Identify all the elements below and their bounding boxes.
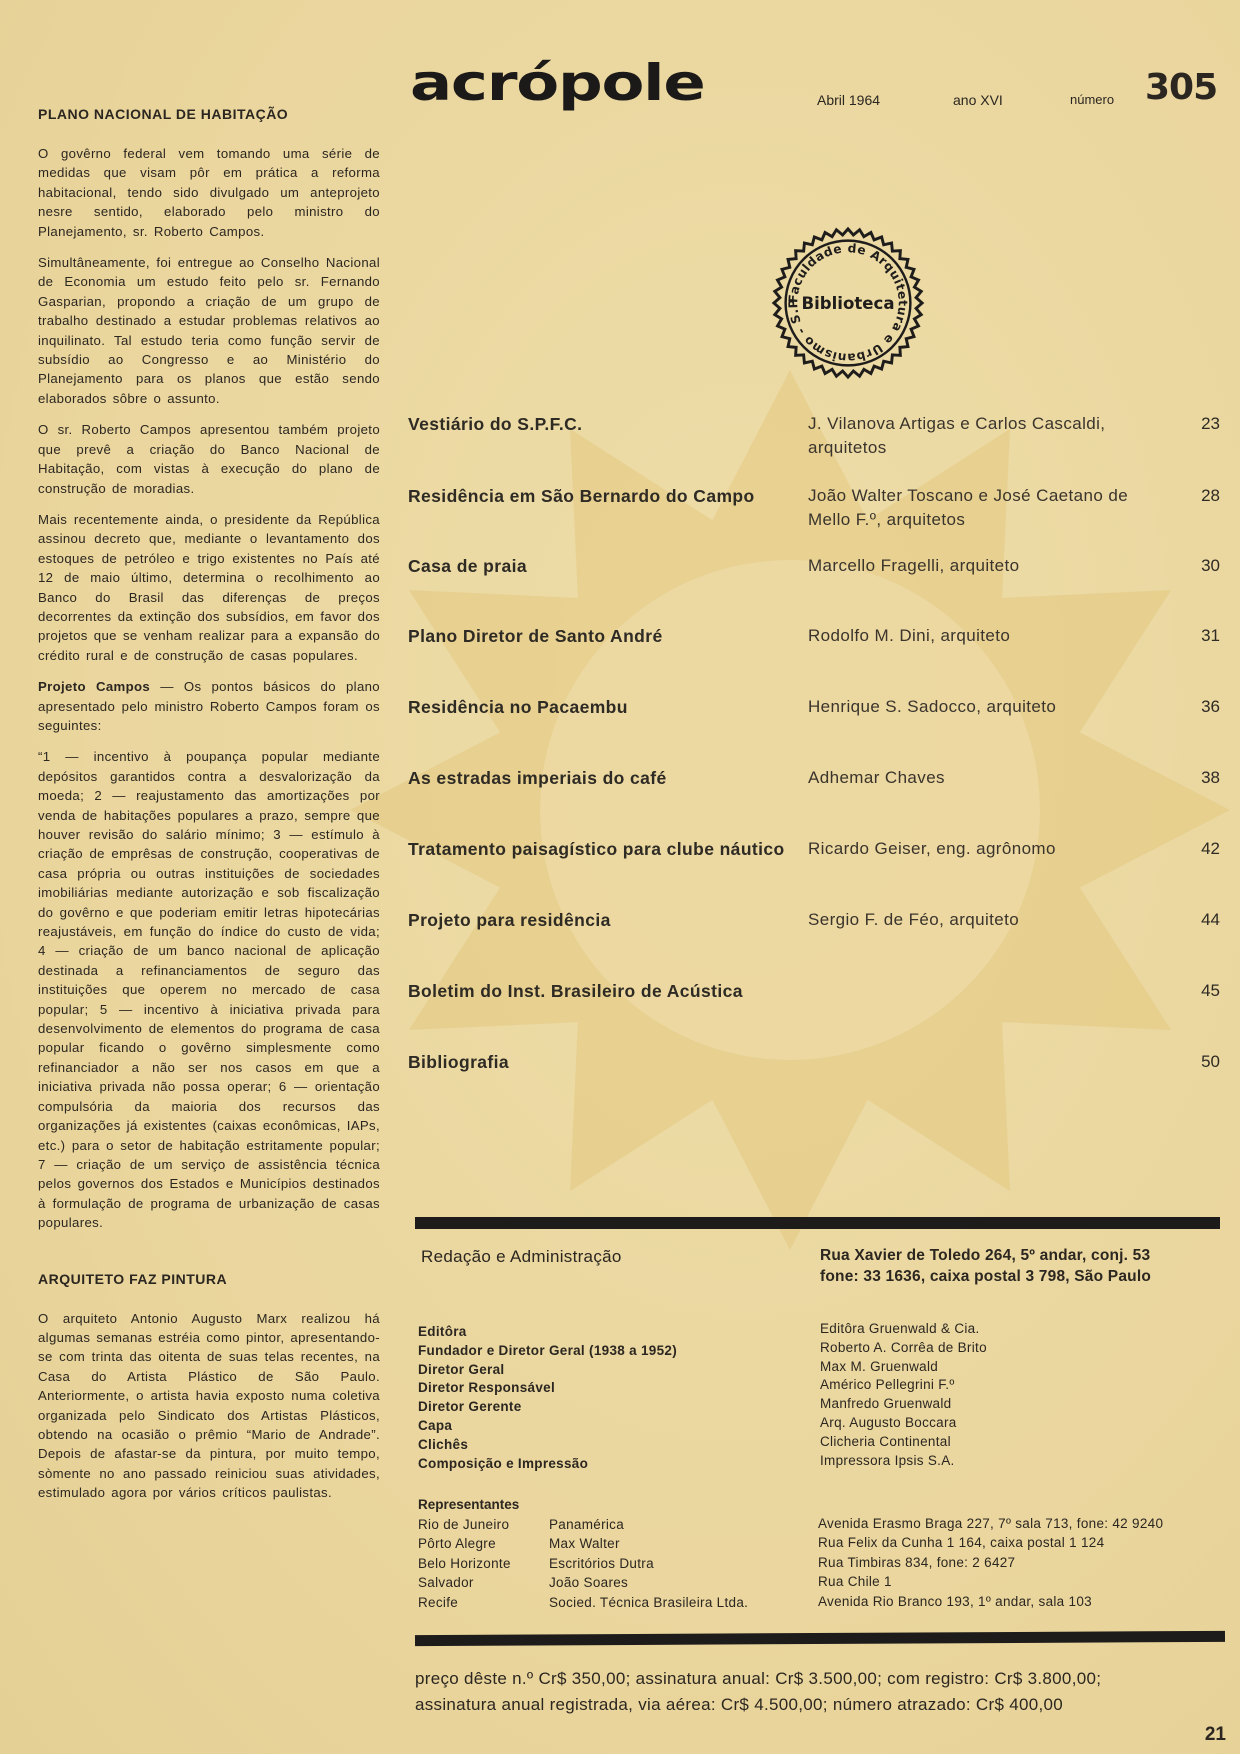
magazine-page: acrópole Abril 1964 ano XVI número 305 F… <box>0 0 1240 1754</box>
staff-name: Editôra Gruenwald & Cia. <box>820 1320 987 1339</box>
address-line: fone: 33 1636, caixa postal 3 798, São P… <box>820 1266 1151 1287</box>
rep-address: Rua Felix da Cunha 1 164, caixa postal 1… <box>818 1533 1163 1552</box>
toc-author: Rodolfo M. Dini, arquiteto <box>808 624 1168 648</box>
issue-year: ano XVI <box>953 92 1003 108</box>
representatives-label: Representantes <box>418 1497 519 1512</box>
staff-name: Max M. Gruenwald <box>820 1358 987 1377</box>
rep-address: Rua Timbiras 834, fone: 2 6427 <box>818 1553 1163 1572</box>
address-line: Rua Xavier de Toledo 264, 5º andar, conj… <box>820 1245 1151 1266</box>
article-paragraph: Simultâneamente, foi entregue ao Conselh… <box>38 253 380 408</box>
representative-row: Belo HorizonteEscritórios Dutra <box>418 1554 748 1573</box>
toc-page-number: 44 <box>1201 908 1220 932</box>
toc-title: As estradas imperiais do café <box>408 766 788 790</box>
article-paragraph: O govêrno federal vem tomando uma série … <box>38 144 380 241</box>
toc-title: Plano Diretor de Santo André <box>408 624 788 648</box>
staff-name: Clicheria Continental <box>820 1433 987 1452</box>
article-heading-habitacao: PLANO NACIONAL DE HABITAÇÃO <box>38 106 380 122</box>
representative-row: Pôrto AlegreMax Walter <box>418 1534 748 1553</box>
price-line: assinatura anual registrada, via aérea: … <box>415 1692 1227 1718</box>
toc-page-number: 42 <box>1201 837 1220 861</box>
toc-page-number: 45 <box>1201 979 1220 1003</box>
toc-page-number: 23 <box>1201 412 1220 436</box>
price-line: preço dêste n.º Cr$ 350,00; assinatura a… <box>415 1666 1227 1692</box>
staff-role: Diretor Geral <box>418 1361 677 1380</box>
staff-roles: EditôraFundador e Diretor Geral (1938 a … <box>418 1323 677 1473</box>
stamp-center-text: Biblioteca <box>801 294 894 313</box>
toc-page-number: 50 <box>1201 1050 1220 1074</box>
staff-role: Fundador e Diretor Geral (1938 a 1952) <box>418 1342 677 1361</box>
staff-role: Capa <box>418 1417 677 1436</box>
toc-title: Tratamento paisagístico para clube náuti… <box>408 837 788 861</box>
rep-city: Pôrto Alegre <box>418 1534 549 1553</box>
rep-agent: Max Walter <box>549 1536 620 1551</box>
staff-names: Editôra Gruenwald & Cia.Roberto A. Corrê… <box>820 1320 987 1470</box>
rep-address: Rua Chile 1 <box>818 1572 1163 1591</box>
toc-title: Casa de praia <box>408 554 788 578</box>
rep-city: Salvador <box>418 1573 549 1592</box>
article-paragraph-lead: Projeto Campos — Os pontos básicos do pl… <box>38 677 380 735</box>
toc-title: Bibliografia <box>408 1050 788 1074</box>
toc-title: Vestiário do S.P.F.C. <box>408 412 788 436</box>
rep-agent: Escritórios Dutra <box>549 1556 654 1571</box>
staff-name: Roberto A. Corrêa de Brito <box>820 1339 987 1358</box>
representative-row: Rio de JuneiroPanamérica <box>418 1515 748 1534</box>
toc-title: Residência no Pacaembu <box>408 695 788 719</box>
editorial-office-label: Redação e Administração <box>421 1247 622 1267</box>
article-heading-pintura: ARQUITETO FAZ PINTURA <box>38 1271 380 1287</box>
toc-author: Ricardo Geiser, eng. agrônomo <box>808 837 1168 861</box>
divider-bar <box>415 1217 1220 1229</box>
rep-agent: João Soares <box>549 1575 628 1590</box>
issue-number: 305 <box>1145 67 1217 108</box>
rep-city: Recife <box>418 1593 549 1612</box>
rep-agent: Socied. Técnica Brasileira Ltda. <box>549 1595 748 1610</box>
representative-row: SalvadorJoão Soares <box>418 1573 748 1592</box>
staff-role: Editôra <box>418 1323 677 1342</box>
page-number: 21 <box>1205 1724 1226 1746</box>
masthead: acrópole Abril 1964 ano XVI número 305 <box>410 62 1220 122</box>
rep-city: Rio de Juneiro <box>418 1515 549 1534</box>
toc-page-number: 36 <box>1201 695 1220 719</box>
representatives-list: Rio de JuneiroPanaméricaPôrto AlegreMax … <box>418 1515 748 1612</box>
toc-title: Projeto para residência <box>408 908 788 932</box>
toc-author: João Walter Toscano e José Caetano de Me… <box>808 484 1168 532</box>
rep-address: Avenida Rio Branco 193, 1º andar, sala 1… <box>818 1592 1163 1611</box>
article-paragraph: O arquiteto Antonio Augusto Marx realizo… <box>38 1309 380 1503</box>
price-info: preço dêste n.º Cr$ 350,00; assinatura a… <box>415 1666 1227 1718</box>
article-paragraph: O sr. Roberto Campos apresentou também p… <box>38 420 380 498</box>
toc-author: Sergio F. de Féo, arquiteto <box>808 908 1168 932</box>
issue-date: Abril 1964 <box>817 92 880 108</box>
toc-author: J. Vilanova Artigas e Carlos Cascaldi, a… <box>808 412 1168 460</box>
toc-author: Henrique S. Sadocco, arquiteto <box>808 695 1168 719</box>
staff-name: Manfredo Gruenwald <box>820 1395 987 1414</box>
article-paragraph: Mais recentemente ainda, o presidente da… <box>38 510 380 665</box>
rep-city: Belo Horizonte <box>418 1554 549 1573</box>
toc-author: Marcello Fragelli, arquiteto <box>808 554 1168 578</box>
lead-bold-text: Projeto Campos <box>38 679 150 694</box>
news-column: PLANO NACIONAL DE HABITAÇÃO O govêrno fe… <box>38 96 380 1515</box>
rep-address: Avenida Erasmo Braga 227, 7º sala 713, f… <box>818 1514 1163 1533</box>
editorial-address: Rua Xavier de Toledo 264, 5º andar, conj… <box>820 1245 1151 1287</box>
article-quote: “1 — incentivo à poupança popular median… <box>38 747 380 1232</box>
staff-role: Clichês <box>418 1436 677 1455</box>
toc-page-number: 38 <box>1201 766 1220 790</box>
toc-title: Residência em São Bernardo do Campo <box>408 484 788 508</box>
rep-agent: Panamérica <box>549 1517 624 1532</box>
representative-row: RecifeSocied. Técnica Brasileira Ltda. <box>418 1593 748 1612</box>
toc-author: Adhemar Chaves <box>808 766 1168 790</box>
toc-title: Boletim do Inst. Brasileiro de Acústica <box>408 979 788 1003</box>
staff-name: Arq. Augusto Boccara <box>820 1414 987 1433</box>
toc-page-number: 31 <box>1201 624 1220 648</box>
library-stamp-icon: Faculdade de Arquitetura e Urbanismo - S… <box>770 225 926 381</box>
magazine-logo: acrópole <box>410 54 704 112</box>
staff-role: Diretor Gerente <box>418 1398 677 1417</box>
staff-name: Impressora Ipsis S.A. <box>820 1452 987 1471</box>
toc-page-number: 28 <box>1201 484 1220 508</box>
representatives-addresses: Avenida Erasmo Braga 227, 7º sala 713, f… <box>818 1514 1163 1611</box>
toc-page-number: 30 <box>1201 554 1220 578</box>
staff-role: Composição e Impressão <box>418 1455 677 1474</box>
issue-number-label: número <box>1070 92 1114 107</box>
staff-name: Américo Pellegrini F.º <box>820 1376 987 1395</box>
staff-role: Diretor Responsável <box>418 1379 677 1398</box>
